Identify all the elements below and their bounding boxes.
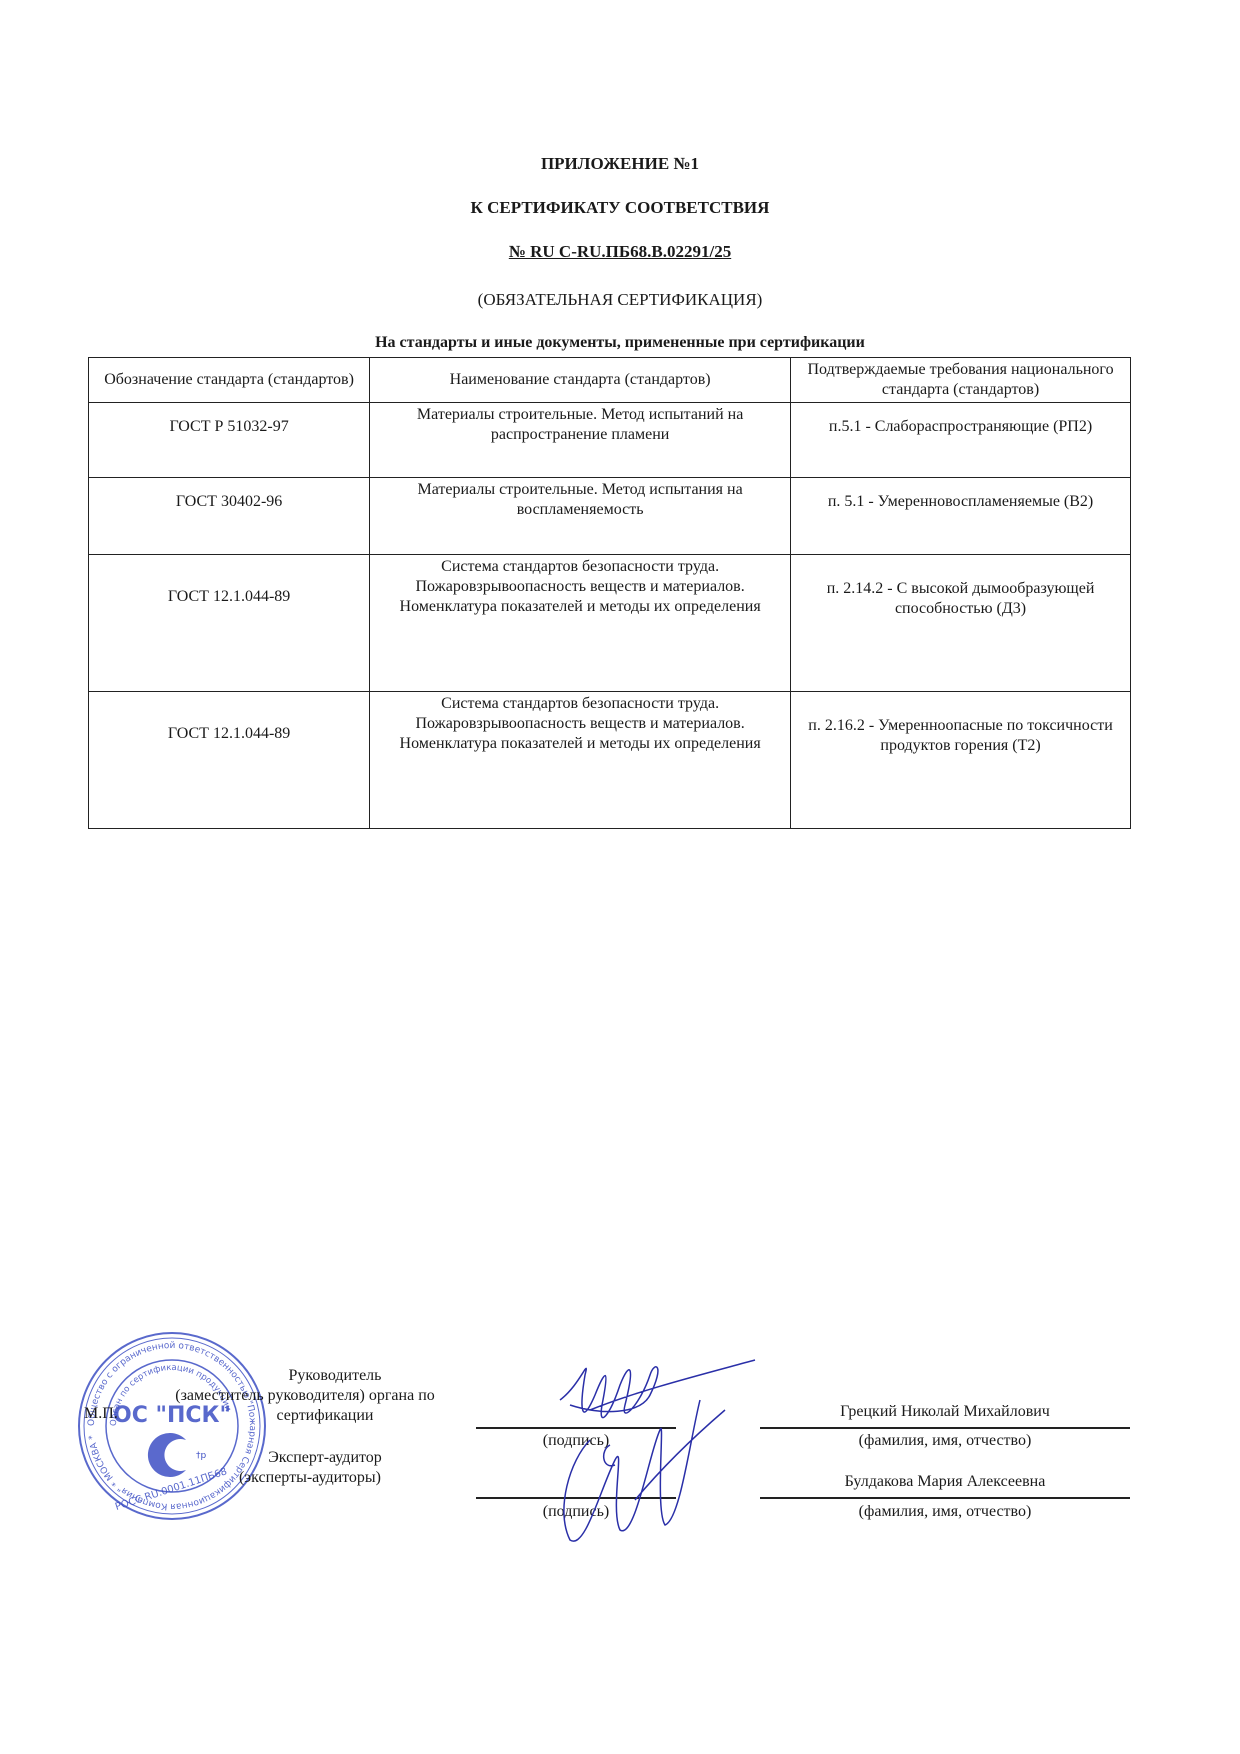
standard-requirement: п. 2.14.2 - С высокой дымообразующей спо… bbox=[791, 555, 1131, 692]
expert-role-label: Эксперт-аудитор (эксперты-аудиторы) bbox=[200, 1448, 420, 1488]
expert-signature-icon bbox=[540, 1390, 740, 1550]
table-header-row: Обозначение стандарта (стандартов) Наиме… bbox=[89, 358, 1131, 403]
expert-name-caption: (фамилия, имя, отчество) bbox=[760, 1503, 1130, 1521]
standards-table: Обозначение стандарта (стандартов) Наиме… bbox=[88, 357, 1131, 829]
head-role-label: Руководитель (заместитель руководителя) … bbox=[150, 1366, 460, 1426]
expert-name-line bbox=[760, 1497, 1130, 1499]
column-header-name: Наименование стандарта (стандартов) bbox=[370, 358, 791, 403]
head-name-line bbox=[760, 1427, 1130, 1429]
standard-requirement: п.5.1 - Слабораспространяющие (РП2) bbox=[791, 403, 1131, 478]
column-header-code: Обозначение стандарта (стандартов) bbox=[89, 358, 370, 403]
certificate-subtitle: К СЕРТИФИКАТУ СООТВЕТСТВИЯ bbox=[0, 198, 1240, 218]
standard-name: Материалы строительные. Метод испытания … bbox=[370, 478, 791, 555]
standard-code: ГОСТ Р 51032-97 bbox=[89, 403, 370, 478]
appendix-title: ПРИЛОЖЕНИЕ №1 bbox=[0, 154, 1240, 174]
standard-code: ГОСТ 30402-96 bbox=[89, 478, 370, 555]
standard-requirement: п. 2.16.2 - Умеренноопасные по токсичнос… bbox=[791, 692, 1131, 829]
standard-name: Материалы строительные. Метод испытаний … bbox=[370, 403, 791, 478]
expert-role-line1: Эксперт-аудитор bbox=[200, 1448, 420, 1468]
standard-requirement: п. 5.1 - Умеренновоспламеняемые (В2) bbox=[791, 478, 1131, 555]
table-row: ГОСТ 12.1.044-89 Система стандартов безо… bbox=[89, 555, 1131, 692]
column-header-requirement: Подтверждаемые требования национального … bbox=[791, 358, 1131, 403]
expert-role-line2: (эксперты-аудиторы) bbox=[200, 1468, 420, 1488]
table-row: ГОСТ 30402-96 Материалы строительные. Ме… bbox=[89, 478, 1131, 555]
head-name-caption: (фамилия, имя, отчество) bbox=[760, 1432, 1130, 1450]
head-name: Грецкий Николай Михайлович bbox=[760, 1403, 1130, 1421]
head-role-line2: (заместитель руководителя) органа по bbox=[150, 1386, 460, 1406]
certificate-number: № RU C-RU.ПБ68.В.02291/25 bbox=[0, 242, 1240, 262]
table-row: ГОСТ Р 51032-97 Материалы строительные. … bbox=[89, 403, 1131, 478]
standard-name: Система стандартов безопасности труда. П… bbox=[370, 555, 791, 692]
stamp-mark-label: М.П. bbox=[84, 1405, 118, 1423]
table-caption: На стандарты и иные документы, примененн… bbox=[0, 334, 1240, 352]
head-role-line1: Руководитель bbox=[150, 1366, 460, 1386]
expert-name: Булдакова Мария Алексеевна bbox=[760, 1473, 1130, 1491]
standard-code: ГОСТ 12.1.044-89 bbox=[89, 555, 370, 692]
certification-type: (ОБЯЗАТЕЛЬНАЯ СЕРТИФИКАЦИЯ) bbox=[0, 290, 1240, 310]
standard-name: Система стандартов безопасности труда. П… bbox=[370, 692, 791, 829]
standard-code: ГОСТ 12.1.044-89 bbox=[89, 692, 370, 829]
table-row: ГОСТ 12.1.044-89 Система стандартов безо… bbox=[89, 692, 1131, 829]
head-role-line3: сертификации bbox=[150, 1406, 460, 1426]
organization-stamp-icon: Общество с ограниченной ответственностью… bbox=[76, 1330, 268, 1522]
